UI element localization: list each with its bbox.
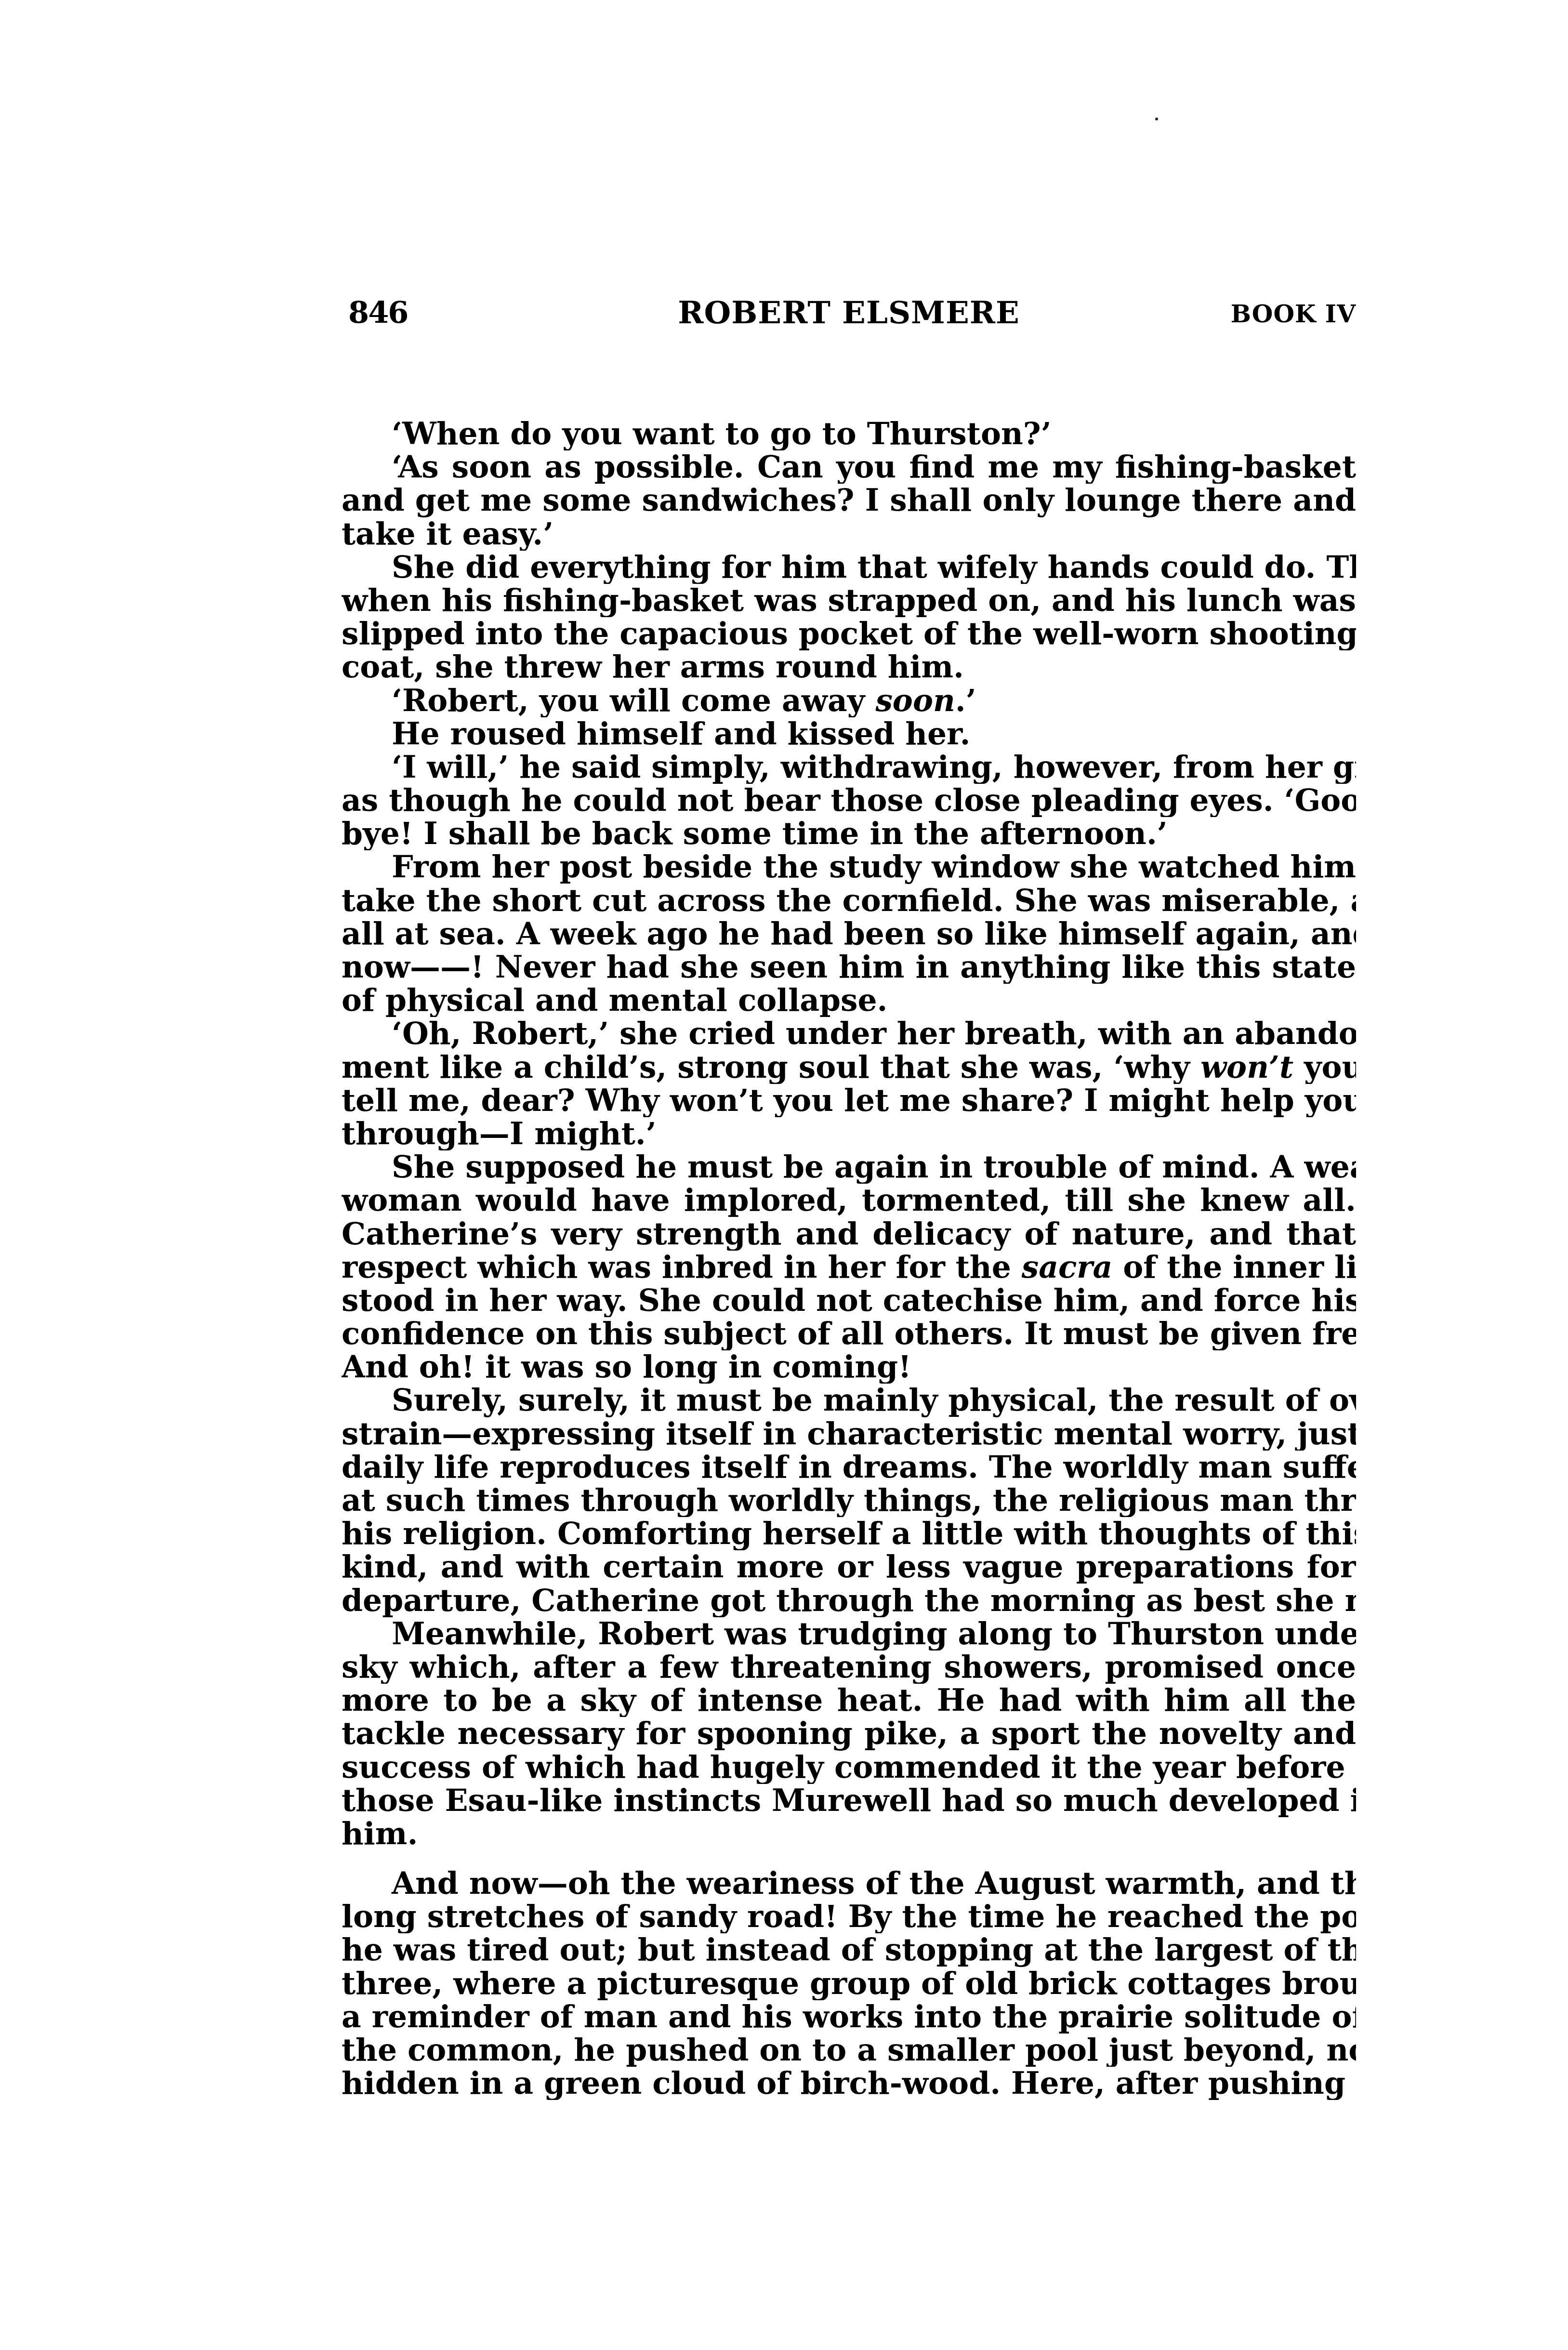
text-line: and get me some sandwiches? I shall only… xyxy=(342,484,1356,517)
text-line: respect which was inbred in her for the … xyxy=(342,1251,1356,1284)
text-line: kind, and with certain more or less vagu… xyxy=(342,1550,1356,1584)
text-line: all at sea. A week ago he had been so li… xyxy=(342,917,1356,951)
text-line: ‘I will,’ he said simply, withdrawing, h… xyxy=(342,751,1356,784)
text-line: confidence on this subject of all others… xyxy=(342,1317,1356,1350)
text-line: hidden in a green cloud of birch-wood. H… xyxy=(342,2067,1356,2100)
text-line: him. xyxy=(342,1817,1356,1850)
text-line: success of which had hugely commended it… xyxy=(342,1751,1356,1784)
book-page: 846 ROBERT ELSMERE BOOK IV ‘When do you … xyxy=(0,0,1568,2350)
text-line: ment like a child’s, strong soul that sh… xyxy=(342,1051,1356,1084)
text-line: Meanwhile, Robert was trudging along to … xyxy=(342,1617,1356,1650)
text-line: Surely, surely, it must be mainly physic… xyxy=(342,1384,1356,1417)
text-line: through—I might.’ xyxy=(342,1117,1356,1150)
text-line: the common, he pushed on to a smaller po… xyxy=(342,2033,1356,2067)
text-line: She did everything for him that wifely h… xyxy=(342,551,1356,584)
text-line: take the short cut across the cornfield.… xyxy=(342,884,1356,917)
text-line: bye! I shall be back some time in the af… xyxy=(342,817,1356,850)
text-line: strain—expressing itself in characterist… xyxy=(342,1417,1356,1451)
text-line: long stretches of sandy road! By the tim… xyxy=(342,1900,1356,1933)
text-line: departure, Catherine got through the mor… xyxy=(342,1584,1356,1617)
text-line: coat, she threw her arms round him. xyxy=(342,650,1356,684)
text-line: stood in her way. She could not catechis… xyxy=(342,1284,1356,1317)
text-line: now——! Never had she seen him in anythin… xyxy=(342,951,1356,984)
text-line: at such times through worldly things, th… xyxy=(342,1484,1356,1517)
text-line: three, where a picturesque group of old … xyxy=(342,1967,1356,2000)
text-line: a reminder of man and his works into the… xyxy=(342,2000,1356,2033)
text-line: sky which, after a few threatening showe… xyxy=(342,1650,1356,1684)
text-line: ‘As soon as possible. Can you find me my… xyxy=(342,450,1356,484)
text-line: take it easy.’ xyxy=(342,517,1356,551)
text-line: ‘Robert, you will come away soon.’ xyxy=(342,684,1356,717)
text-line: as though he could not bear those close … xyxy=(342,784,1356,817)
text-line: his religion. Comforting herself a littl… xyxy=(342,1517,1356,1550)
text-line: tackle necessary for spooning pike, a sp… xyxy=(342,1717,1356,1750)
text-line: ‘When do you want to go to Thurston?’ xyxy=(342,417,1356,450)
text-line: of physical and mental collapse. xyxy=(342,984,1356,1017)
running-title: ROBERT ELSMERE xyxy=(342,295,1356,331)
text-line: And oh! it was so long in coming! xyxy=(342,1350,1356,1384)
text-line: those Esau-like instincts Murewell had s… xyxy=(342,1784,1356,1817)
book-label: BOOK IV xyxy=(1231,300,1356,328)
print-speck xyxy=(1155,118,1158,120)
text-line: From her post beside the study window sh… xyxy=(342,850,1356,884)
text-line: ‘Oh, Robert,’ she cried under her breath… xyxy=(342,1017,1356,1050)
text-line: daily life reproduces itself in dreams. … xyxy=(342,1451,1356,1484)
text-line: more to be a sky of intense heat. He had… xyxy=(342,1684,1356,1717)
text-line: when his fishing-basket was strapped on,… xyxy=(342,584,1356,617)
body-text: ‘When do you want to go to Thurston?’‘As… xyxy=(342,417,1356,2100)
text-line: She supposed he must be again in trouble… xyxy=(342,1150,1356,1184)
text-line: Catherine’s very strength and delicacy o… xyxy=(342,1217,1356,1251)
text-line: he was tired out; but instead of stoppin… xyxy=(342,1933,1356,1967)
text-line: slipped into the capacious pocket of the… xyxy=(342,617,1356,650)
text-line: woman would have implored, tormented, ti… xyxy=(342,1184,1356,1217)
text-line: He roused himself and kissed her. xyxy=(342,717,1356,751)
text-line: And now—oh the weariness of the August w… xyxy=(342,1867,1356,1900)
running-header: 846 ROBERT ELSMERE BOOK IV xyxy=(342,295,1356,343)
text-line: tell me, dear? Why won’t you let me shar… xyxy=(342,1084,1356,1117)
